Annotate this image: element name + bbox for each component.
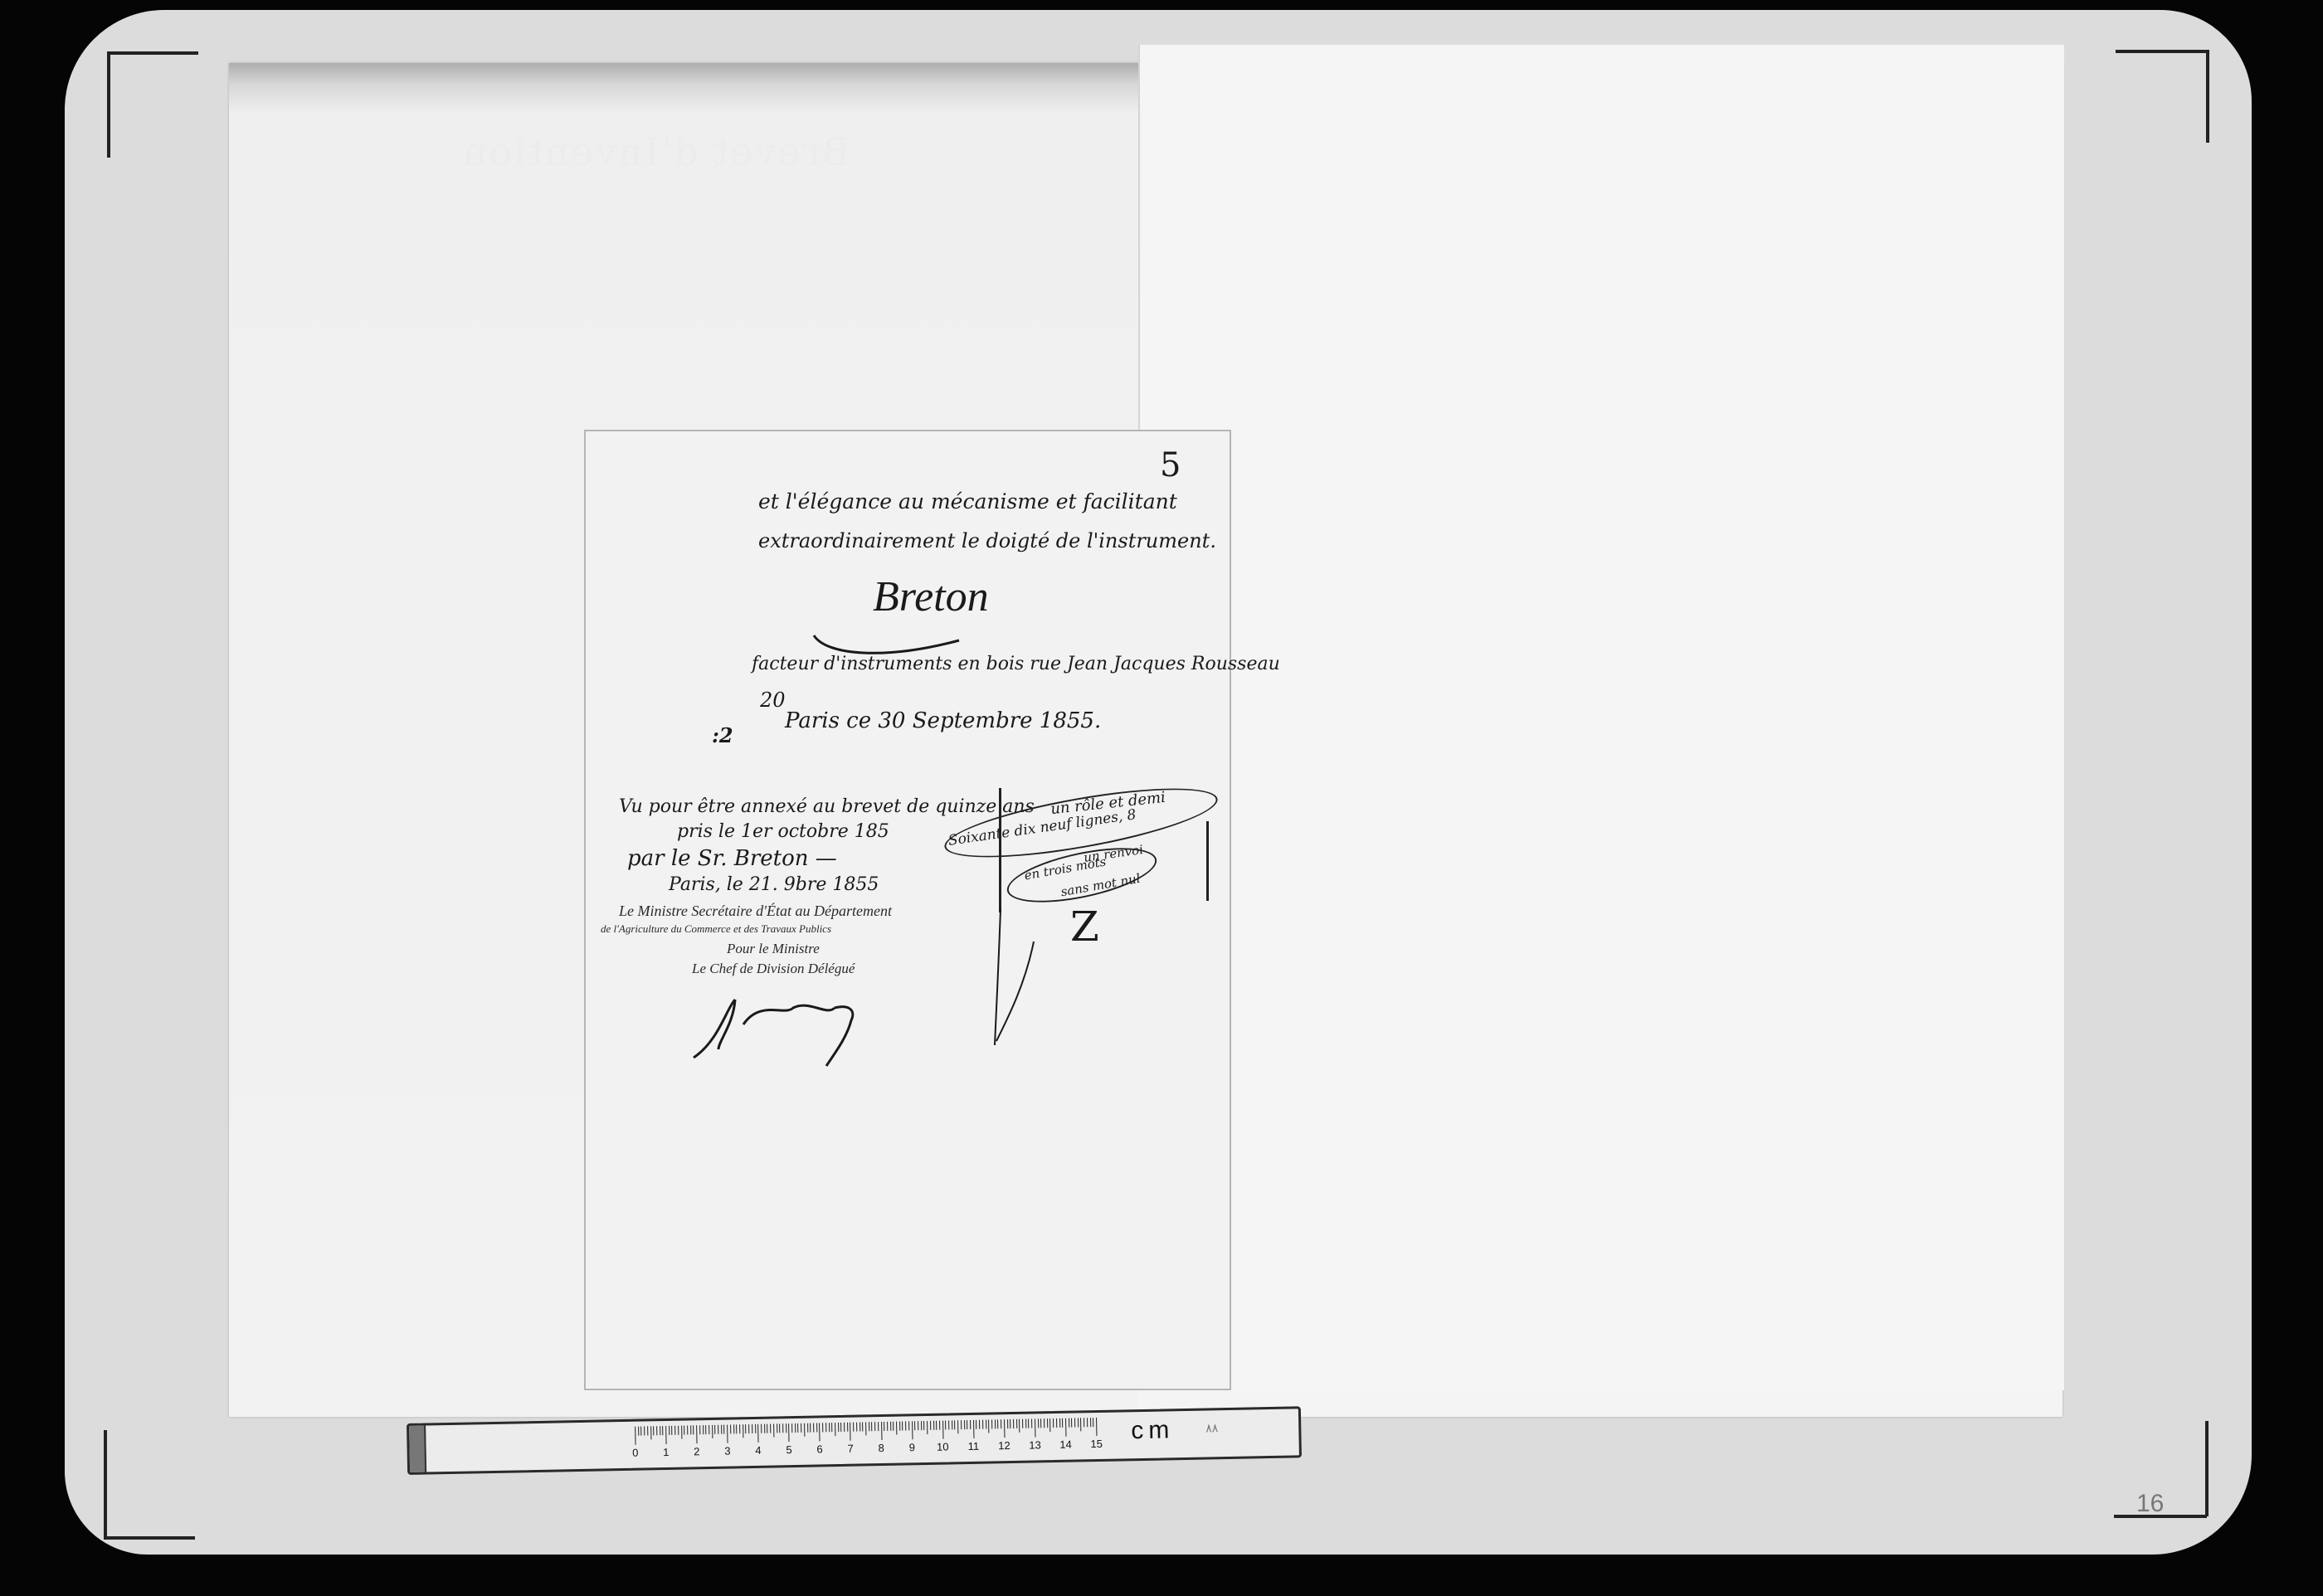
- margin-note-bracket-left: [999, 788, 1001, 912]
- ruler-tick: [884, 1422, 884, 1431]
- ruler-tick: [681, 1426, 682, 1439]
- ruler-tick: [1035, 1418, 1035, 1437]
- ruler-tick: [933, 1421, 934, 1430]
- ruler-unit-label: cm: [1131, 1416, 1175, 1445]
- ruler-tick: [1019, 1419, 1020, 1433]
- ruler-tick: [1022, 1419, 1023, 1428]
- ruler-tick: [804, 1423, 805, 1437]
- ruler-tick: [743, 1424, 743, 1438]
- side-mark: :2: [712, 723, 733, 747]
- ruler-tick: [896, 1422, 897, 1435]
- ruler-tick: [656, 1426, 657, 1435]
- signature-breton: Breton: [873, 572, 989, 621]
- ruler-tick: [1080, 1418, 1081, 1431]
- ruler-label: 13: [1029, 1438, 1041, 1451]
- ruler-tick: [733, 1424, 734, 1433]
- ruler-tick: [1031, 1419, 1032, 1428]
- ruler-tick: [995, 1419, 996, 1428]
- ruler-tick: [887, 1422, 888, 1431]
- ruler-tick: [967, 1420, 967, 1429]
- ruler-tick: [638, 1427, 639, 1436]
- ruler-label: 10: [937, 1440, 949, 1452]
- ruler-tick: [1028, 1419, 1029, 1428]
- date-line: Paris ce 30 Septembre 1855.: [785, 708, 1101, 733]
- address-line-1: facteur d'instruments en bois rue Jean J…: [752, 654, 1280, 674]
- ruler-tick: [1016, 1419, 1017, 1428]
- ruler-tick: [653, 1426, 654, 1435]
- folio-number: 5: [1160, 446, 1181, 484]
- ruler-tick: [791, 1423, 792, 1433]
- ruler-tick: [748, 1424, 749, 1433]
- ruler-tick: [871, 1422, 872, 1431]
- ruler-tick: [1071, 1418, 1072, 1428]
- ruler-tick: [988, 1420, 989, 1433]
- ruler-tick: [912, 1421, 913, 1439]
- ruler-tick: [1062, 1418, 1063, 1428]
- ruler-tick: [890, 1422, 891, 1431]
- ruler-label: 4: [755, 1444, 762, 1457]
- ruler-tick: [696, 1425, 697, 1443]
- ruler-tick: [739, 1424, 740, 1433]
- ruler-tick: [905, 1421, 906, 1430]
- ruler-tick: [908, 1421, 909, 1430]
- ruler-tick: [923, 1421, 924, 1430]
- ruler-tick: [650, 1426, 651, 1439]
- ruler-label: 15: [1090, 1438, 1103, 1450]
- ruler-tick: [1090, 1418, 1091, 1427]
- ruler-tick: [1096, 1418, 1097, 1436]
- ruler-tick: [687, 1425, 688, 1434]
- ruler-tick: [850, 1423, 851, 1441]
- ruler-label: 5: [786, 1443, 792, 1456]
- ruler-tick: [957, 1420, 958, 1433]
- ruler-tick: [914, 1421, 915, 1430]
- ruler-tick: [1025, 1419, 1026, 1428]
- ruler-tick: [782, 1423, 783, 1433]
- ruler-tick: [1001, 1419, 1001, 1428]
- ruler-label: 1: [663, 1446, 670, 1458]
- ruler-tick: [699, 1425, 700, 1434]
- ruler-tick: [672, 1426, 673, 1435]
- ruler-tick: [945, 1421, 946, 1430]
- ruler-tick: [948, 1420, 949, 1429]
- ruler-tick: [764, 1424, 765, 1433]
- address-line-2: 20: [760, 689, 786, 712]
- ruler-tick: [1065, 1418, 1066, 1437]
- ruler-tick: [838, 1423, 839, 1432]
- body-line-1: et l'élégance au mécanisme et facilitant: [758, 489, 1177, 513]
- ruler-tick: [986, 1420, 986, 1429]
- ruler-tick: [835, 1423, 835, 1436]
- ruler-tick: [964, 1420, 965, 1429]
- ruler-tick: [822, 1423, 823, 1432]
- ruler-tick: [1007, 1419, 1008, 1428]
- ruler-tick: [730, 1424, 731, 1433]
- ruler-endcap: [409, 1426, 426, 1472]
- ruler-tick: [757, 1424, 758, 1443]
- ruler-tick: [1044, 1418, 1045, 1428]
- ruler-tick: [979, 1420, 980, 1429]
- visa-line-2: pris le 1er octobre 185: [677, 821, 889, 842]
- ruler-label: 11: [967, 1440, 979, 1452]
- ruler-tick: [690, 1425, 691, 1434]
- show-through-text: Brevet d'Invention: [461, 129, 850, 174]
- ruler-tick: [1093, 1418, 1093, 1427]
- ruler-tick: [752, 1424, 752, 1433]
- ruler-tick: [970, 1420, 971, 1429]
- ruler-tick: [1056, 1418, 1057, 1428]
- ruler-tick: [813, 1423, 814, 1433]
- large-sheet-right-page: [1138, 45, 2064, 1390]
- ruler-tick: [840, 1423, 841, 1432]
- ruler-tick: [795, 1423, 796, 1433]
- ruler-tick: [927, 1421, 928, 1434]
- ruler-label: 12: [998, 1439, 1011, 1452]
- ruler-tick: [807, 1423, 808, 1433]
- ruler-tick: [777, 1423, 777, 1433]
- ruler-tick: [878, 1422, 879, 1431]
- ruler-tick: [694, 1425, 694, 1434]
- ruler-tick: [665, 1426, 666, 1444]
- ruler-tick: [714, 1425, 715, 1434]
- ruler-label: 2: [694, 1445, 700, 1457]
- ruler-tick: [853, 1423, 854, 1432]
- ruler-tick: [918, 1421, 918, 1430]
- visa-signature: [685, 975, 901, 1074]
- ruler-tick: [1038, 1418, 1039, 1428]
- ruler-tick: [773, 1423, 774, 1437]
- margin-note-paraph: Z: [1070, 903, 1099, 951]
- ruler-tick: [865, 1422, 866, 1435]
- ruler-tick: [662, 1426, 663, 1435]
- ruler-tick: [936, 1421, 937, 1430]
- ruler-label: 8: [878, 1442, 884, 1454]
- ruler-tick: [647, 1426, 648, 1435]
- ruler-tick: [770, 1424, 771, 1433]
- small-sheet: 5 et l'élégance au mécanisme et facilita…: [584, 430, 1231, 1390]
- visa-line-1: Vu pour être annexé au brevet de quinze …: [619, 796, 1035, 817]
- ruler-tick: [1049, 1418, 1050, 1432]
- ruler-tick: [961, 1420, 962, 1429]
- ruler-scale: 0123456789101112131415: [635, 1418, 1097, 1465]
- ruler-tick: [856, 1423, 857, 1432]
- ruler-tick: [727, 1425, 728, 1443]
- ruler-tick: [955, 1420, 956, 1429]
- ruler-tick: [921, 1421, 922, 1430]
- ruler-tick: [644, 1426, 645, 1435]
- ruler-tick: [1004, 1419, 1005, 1438]
- ruler-tick: [991, 1419, 992, 1428]
- ruler-tick: [1074, 1418, 1075, 1428]
- visa-date: Paris, le 21. 9bre 1855: [669, 874, 879, 895]
- ruler-tick: [810, 1423, 811, 1433]
- ruler-tick: [674, 1426, 675, 1435]
- ruler-tick: [801, 1423, 801, 1433]
- ruler-tick: [997, 1419, 998, 1428]
- ruler-tick: [669, 1426, 670, 1435]
- margin-note-stroke: [992, 908, 1042, 1049]
- ruler-tick: [847, 1423, 848, 1432]
- ruler-tick: [660, 1426, 660, 1435]
- ruler-tick: [705, 1425, 706, 1434]
- stamp-line-2: de l'Agriculture du Commerce et des Trav…: [601, 922, 831, 936]
- ruler-label: 9: [908, 1441, 915, 1453]
- ruler-tick: [844, 1423, 845, 1432]
- ruler-tick: [712, 1425, 713, 1438]
- ruler-tick: [874, 1422, 875, 1431]
- ruler-tick: [862, 1422, 863, 1431]
- ruler-tick: [736, 1424, 737, 1433]
- ruler-tick: [903, 1422, 903, 1431]
- ruler-tick: [860, 1423, 860, 1432]
- visa-line-3: par le Sr. Breton —: [627, 846, 837, 871]
- ruler-tick: [718, 1425, 718, 1434]
- body-line-2: extraordinairement le doigté de l'instru…: [758, 529, 1216, 552]
- ruler-tick: [816, 1423, 817, 1433]
- margin-note-bracket-right: [1206, 821, 1209, 901]
- ruler-tick: [1078, 1418, 1079, 1427]
- ruler-tick: [982, 1420, 983, 1429]
- ruler-tick: [942, 1421, 943, 1439]
- stamp-line-1: Le Ministre Secrétaire d'État au Départe…: [619, 903, 892, 920]
- ruler-tick: [869, 1422, 869, 1431]
- stamp-line-3: Pour le Ministre: [727, 941, 820, 957]
- ruler-label: 6: [816, 1443, 823, 1455]
- ruler-tick: [788, 1423, 789, 1442]
- ruler-tick: [1084, 1418, 1084, 1427]
- ruler-tick: [1010, 1419, 1011, 1428]
- ruler-tick: [1040, 1418, 1041, 1428]
- ruler-tick: [678, 1426, 679, 1435]
- ruler-tick: [1053, 1418, 1054, 1428]
- ruler-tick: [1013, 1419, 1014, 1428]
- ruler-tick: [973, 1420, 974, 1438]
- ruler-tick: [767, 1424, 767, 1433]
- ruler-tick: [829, 1423, 830, 1432]
- ruler-tick: [930, 1421, 931, 1430]
- ruler-tick: [761, 1424, 762, 1433]
- ruler-tick: [798, 1423, 799, 1433]
- ruler-tick: [825, 1423, 826, 1432]
- ruler-tick: [893, 1422, 894, 1431]
- ruler-tick: [786, 1423, 787, 1433]
- ruler-tick: [976, 1420, 976, 1429]
- ruler-tick: [899, 1422, 900, 1431]
- ruler-tick: [831, 1423, 832, 1432]
- ruler-smudge: ۸۸: [1205, 1422, 1218, 1435]
- ruler-label: 7: [847, 1443, 854, 1455]
- ruler-tick: [684, 1426, 684, 1435]
- ruler-tick: [724, 1425, 725, 1434]
- ruler-tick: [1087, 1418, 1088, 1427]
- ruler-label: 14: [1059, 1438, 1072, 1451]
- ruler-label: 0: [632, 1447, 639, 1459]
- ruler-tick: [1069, 1418, 1069, 1428]
- ruler-tick: [952, 1420, 952, 1429]
- plate-number: 16: [2136, 1490, 2164, 1518]
- ruler-tick: [755, 1424, 756, 1433]
- ruler-tick: [746, 1424, 747, 1433]
- ruler-tick: [709, 1425, 709, 1434]
- ruler-tick: [635, 1427, 636, 1445]
- ruler-tick: [1059, 1418, 1060, 1428]
- ruler-label: 3: [724, 1445, 731, 1457]
- ruler-tick: [779, 1423, 780, 1433]
- ruler-tick: [641, 1427, 642, 1436]
- ruler-tick: [1047, 1418, 1048, 1428]
- ruler-tick: [721, 1425, 722, 1434]
- ruler-tick: [703, 1425, 704, 1434]
- ruler-tick: [881, 1422, 882, 1440]
- ruler-tick: [819, 1423, 820, 1441]
- ruler-tick: [939, 1421, 940, 1430]
